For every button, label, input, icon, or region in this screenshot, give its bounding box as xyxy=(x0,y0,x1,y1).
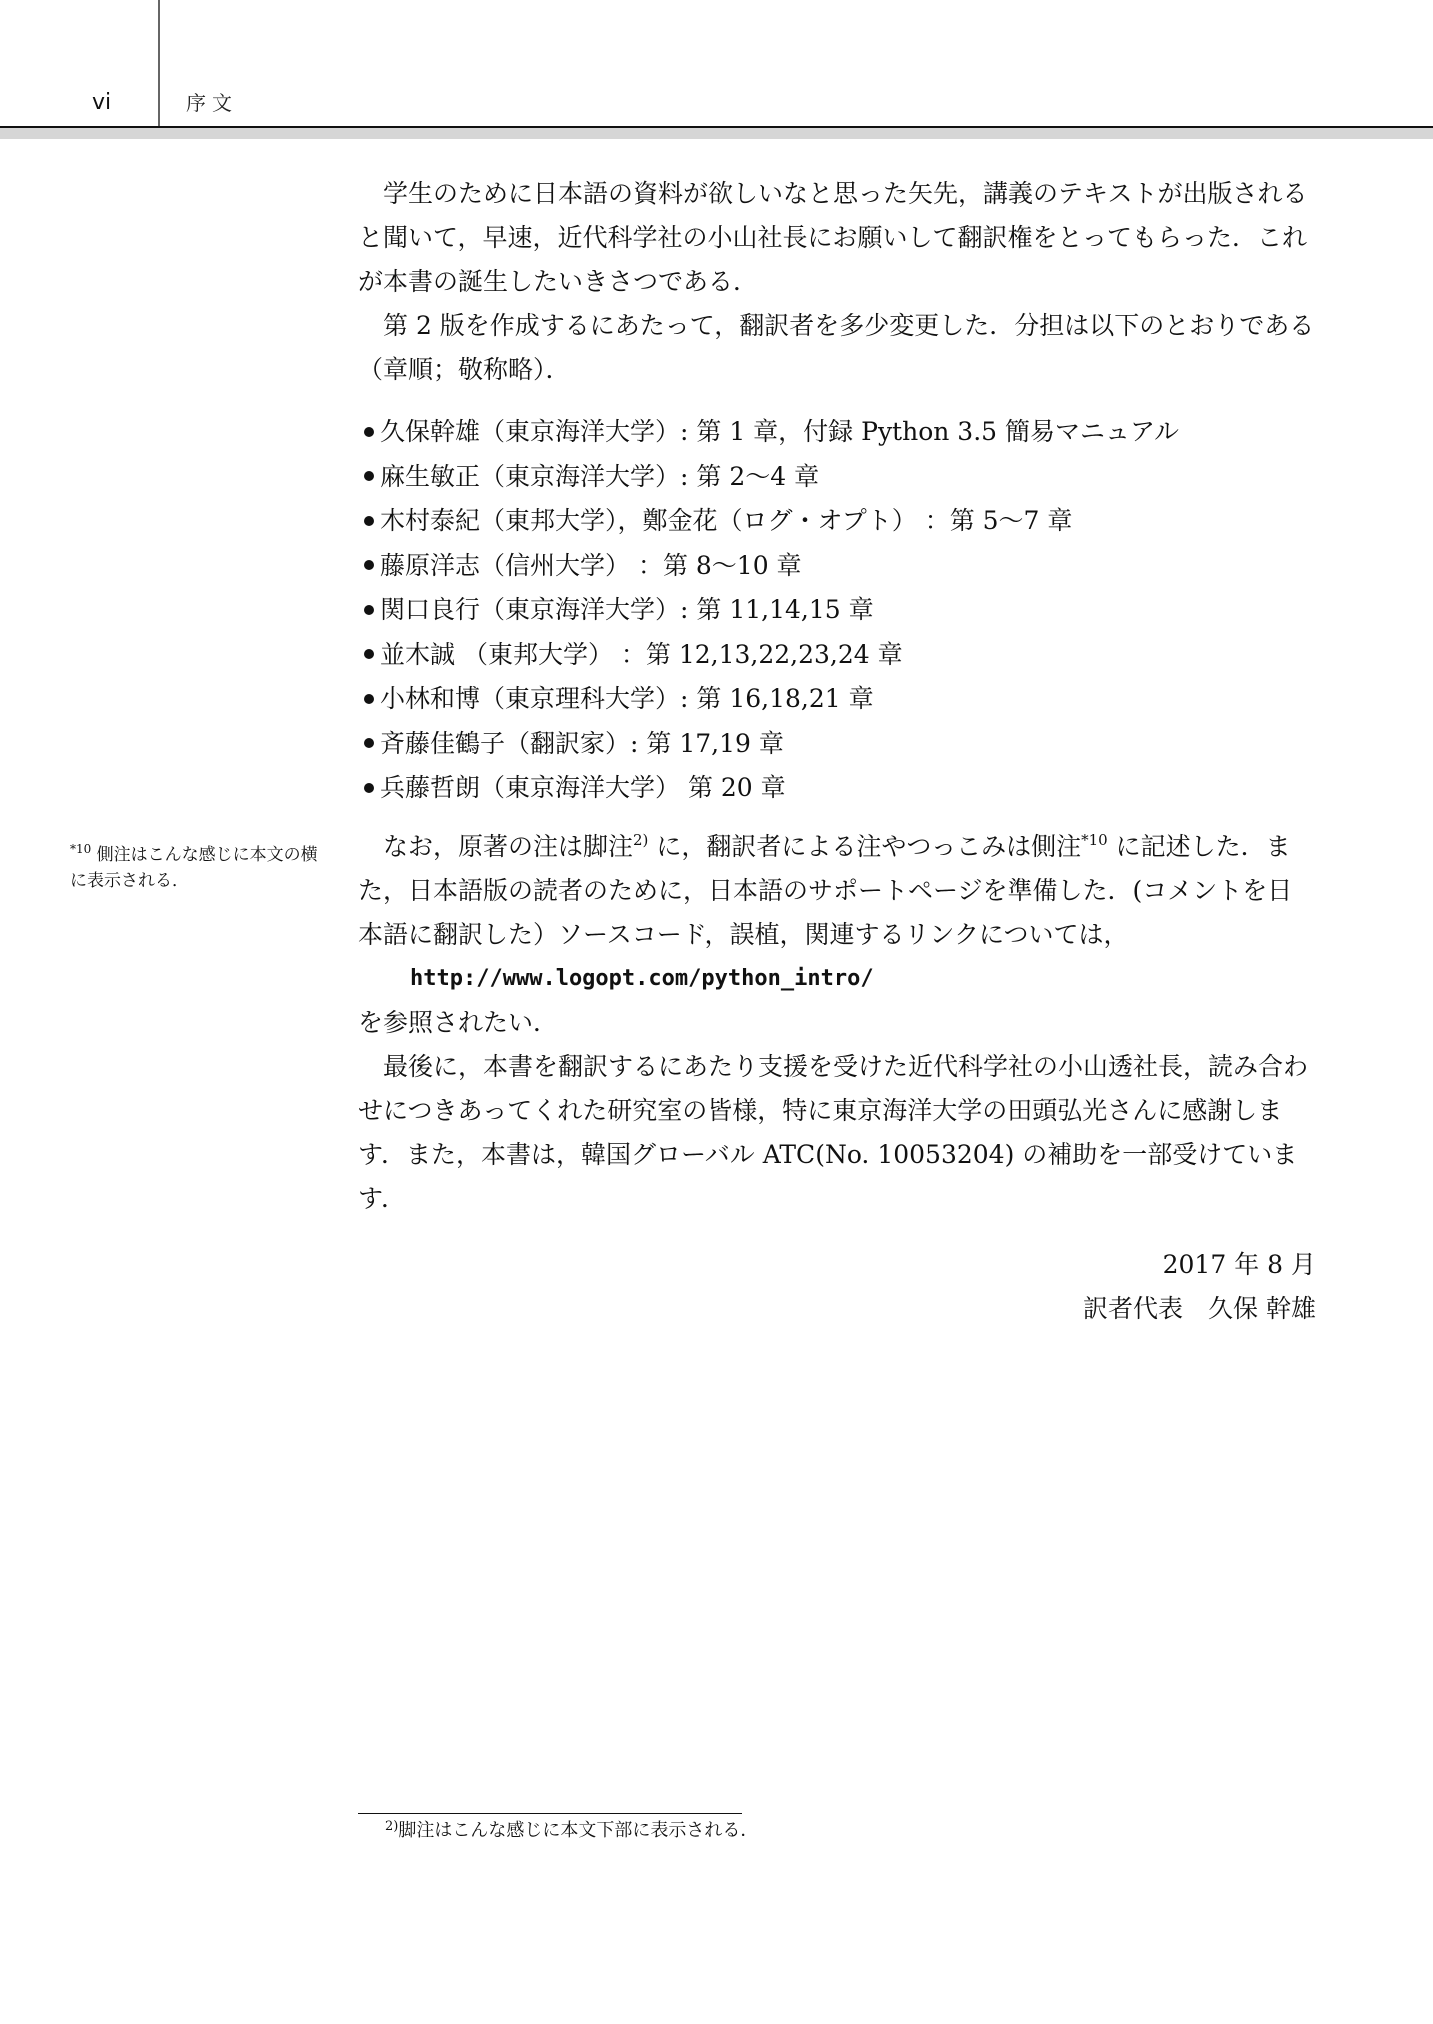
bullet-icon xyxy=(364,783,374,793)
bullet-icon xyxy=(364,427,374,437)
footnote-text: 脚注はこんな感じに本文下部に表示される． xyxy=(398,1820,758,1841)
header-divider-vertical xyxy=(158,0,160,128)
list-item: 並木誠 （東邦大学） ：第 12,13,22,23,24 章 xyxy=(358,633,1316,678)
list-item: 麻生敏正（東京海洋大学）: 第 2〜4 章 xyxy=(358,455,1316,500)
bullet-icon xyxy=(364,516,374,526)
notes-paragraph: なお，原著の注は脚注2) に，翻訳者による注やつっこみは側注*10 に記述した．… xyxy=(358,825,1316,957)
footnote-ref[interactable]: 2) xyxy=(633,831,648,849)
sidenote-ref[interactable]: *10 xyxy=(1081,831,1108,849)
after-url-text: を参照されたい． xyxy=(358,1001,1316,1045)
sidenote: *10 側注はこんな感じに本文の横に表示される． xyxy=(70,842,320,894)
bullet-icon xyxy=(364,605,374,615)
signature-date: 2017 年 8 月 xyxy=(358,1243,1316,1287)
running-head: 序文 xyxy=(186,90,238,116)
intro-paragraph-2: 第 2 版を作成するにあたって，翻訳者を多少変更した．分担は以下のとおりである（… xyxy=(358,304,1316,392)
bullet-icon xyxy=(364,738,374,748)
sidenote-mark: *10 xyxy=(70,842,91,856)
intro-paragraph-1: 学生のために日本語の資料が欲しいなと思った矢先，講義のテキストが出版されると聞い… xyxy=(358,172,1316,304)
bullet-icon xyxy=(364,560,374,570)
bullet-icon xyxy=(364,694,374,704)
header-band xyxy=(0,128,1433,139)
footnote: 2)脚注はこんな感じに本文下部に表示される． xyxy=(385,1817,758,1845)
footnote-mark: 2) xyxy=(385,1819,398,1834)
page-number: vi xyxy=(92,90,111,116)
signature-name: 訳者代表 久保 幹雄 xyxy=(358,1287,1316,1331)
list-item: 関口良行（東京海洋大学）: 第 11,14,15 章 xyxy=(358,588,1316,633)
list-item: 木村泰紀（東邦大学），鄭金花（ログ・オプト） ：第 5〜7 章 xyxy=(358,499,1316,544)
list-item: 久保幹雄（東京海洋大学）: 第 1 章，付録 Python 3.5 簡易マニュア… xyxy=(358,410,1316,455)
footnote-rule xyxy=(358,1813,742,1814)
bullet-icon xyxy=(364,649,374,659)
support-page-url[interactable]: http://www.logopt.com/python_intro/ xyxy=(358,957,1316,1001)
list-item: 斉藤佳鶴子（翻訳家）: 第 17,19 章 xyxy=(358,722,1316,767)
closing-paragraph: 最後に，本書を翻訳するにあたり支援を受けた近代科学社の小山透社長，読み合わせにつ… xyxy=(358,1045,1316,1221)
list-item: 藤原洋志（信州大学） ：第 8〜10 章 xyxy=(358,544,1316,589)
list-item: 小林和博（東京理科大学）: 第 16,18,21 章 xyxy=(358,677,1316,722)
signature: 2017 年 8 月 訳者代表 久保 幹雄 xyxy=(358,1243,1316,1331)
bullet-icon xyxy=(364,471,374,481)
translator-list: 久保幹雄（東京海洋大学）: 第 1 章，付録 Python 3.5 簡易マニュア… xyxy=(358,410,1316,811)
main-text: 学生のために日本語の資料が欲しいなと思った矢先，講義のテキストが出版されると聞い… xyxy=(358,172,1316,1331)
list-item: 兵藤哲朗（東京海洋大学） 第 20 章 xyxy=(358,766,1316,811)
sidenote-text: 側注はこんな感じに本文の横に表示される． xyxy=(70,845,318,891)
